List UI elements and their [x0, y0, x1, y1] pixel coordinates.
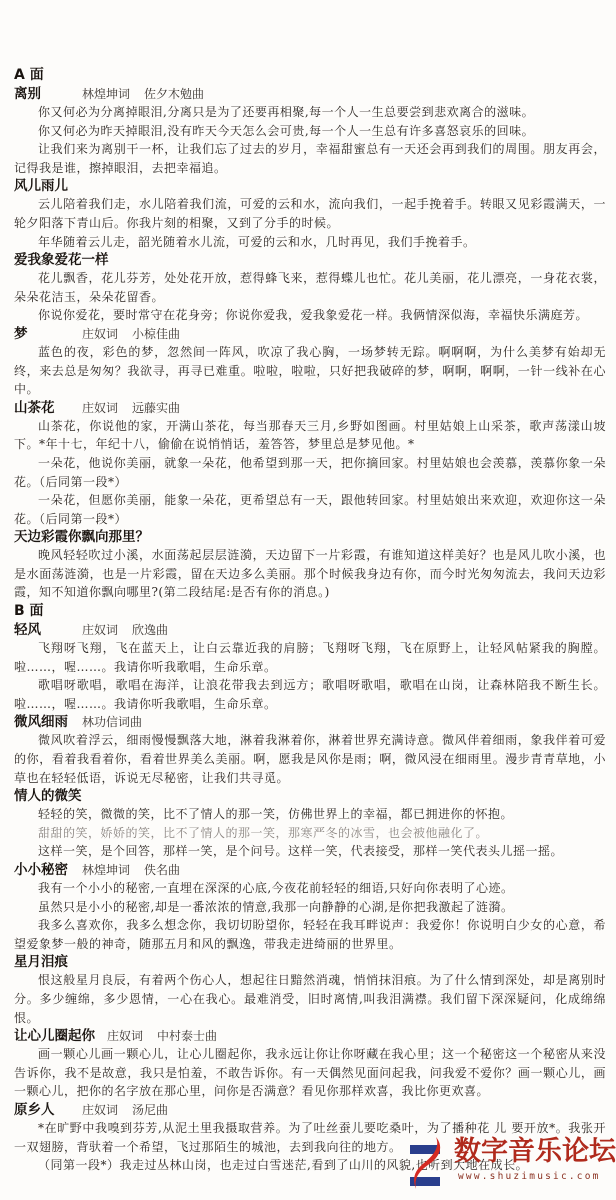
lyric-paragraph: 花儿飘香，花儿芬芳，处处花开放，惹得蜂飞来，惹得蝶儿也忙。花儿美丽，花儿漂亮，一…	[14, 269, 606, 306]
lyricist-credit: 庄奴词	[107, 1027, 143, 1045]
lyricist-credit: 林煌坤词	[82, 861, 130, 879]
lyric-paragraph: 蓝色的夜，彩色的梦，忽然间一阵风，吹凉了我心胸，一场梦转无踪。啊啊啊，为什么美梦…	[14, 343, 606, 399]
lyricist-credit: 庄奴词	[82, 399, 118, 417]
side-a-heading: A 面	[14, 66, 606, 84]
song-title: 轻风	[14, 621, 70, 639]
composer-credit: 佐夕木勉曲	[144, 85, 204, 103]
song-xing-yue-lei-hen: 星月泪痕 恨这般星月良辰，有着两个伤心人，想起往日黯然消魂，悄悄抹泪痕。为了什么…	[14, 953, 606, 1027]
composer-credit: 佚名曲	[144, 861, 180, 879]
lyric-paragraph: 歌唱呀歌唱，歌唱在海洋，让浪花带我去到远方；歌唱呀歌唱，歌唱在山岗，让森林陪我不…	[14, 676, 606, 713]
song-title: 原乡人	[14, 1101, 70, 1119]
song-title: 情人的微笑	[14, 787, 82, 805]
lyric-paragraph: 晚风轻轻吹过小溪，水面荡起层层涟漪，天边留下一片彩霞，有谁知道这样美好？也是风儿…	[14, 546, 606, 602]
song-shan-cha-hua: 山茶花庄奴词远藤实曲 山茶花，你说他的家，开满山茶花，每当那春天三月,乡野如图画…	[14, 399, 606, 529]
lyric-paragraph: 年华随着云儿走，韶光随着水儿流，可爱的云和水，几时再见，我们手挽着手。	[14, 233, 606, 252]
song-ai-wo-xiang-ai-hua: 爱我象爱花一样 花儿飘香，花儿芬芳，处处花开放，惹得蜂飞来，惹得蝶儿也忙。花儿美…	[14, 251, 606, 325]
song-qing-feng: 轻风庄奴词欣逸曲 飞翔呀飞翔，飞在蓝天上，让白云靠近我的肩膀；飞翔呀飞翔，飞在原…	[14, 621, 606, 713]
song-title: 天边彩霞你飘向那里？	[14, 528, 149, 546]
lyric-paragraph: 你又何必为昨天掉眼泪,没有昨天今天怎么会可贵,每一个人一生总有许多喜怒哀乐的回味…	[14, 122, 606, 141]
song-libie: 离别林煌坤词佐夕木勉曲 你又何必为分离掉眼泪,分离只是为了还要再相聚,每一个人一…	[14, 85, 606, 177]
composer-credit: 汤尼曲	[132, 1101, 168, 1119]
lyric-paragraph: 一朵花，他说你美丽，就象一朵花，他希望到那一天，把你摘回家。村里姑娘也会羡慕，羡…	[14, 454, 606, 491]
song-title: 爱我象爱花一样	[14, 251, 109, 269]
lyric-paragraph: 微风吹着浮云，细雨慢慢飘落大地，淋着我淋着你，淋着世界充满诗意。微风伴着细雨，象…	[14, 731, 606, 787]
song-feng-er-yu-er: 风儿雨儿 云儿陪着我们走，水儿陪着我们流，可爱的云和水，流向我们，一起手挽着手。…	[14, 177, 606, 251]
lyricist-credit: 庄奴词	[82, 1101, 118, 1119]
lyric-paragraph: 我有一个小小的秘密,一直埋在深深的心底,今夜花前轻轻的细语,只好向你表明了心迹。	[14, 879, 606, 898]
lyricist-credit: 庄奴词	[82, 621, 118, 639]
composer-credit: 小椋佳曲	[132, 325, 180, 343]
lyric-paragraph: 甜甜的笑，娇娇的笑，比不了情人的那一笑，那寒严冬的冰雪，也会被他融化了。	[14, 824, 606, 843]
lyric-paragraph: 虽然只是小小的秘密,却是一番浓浓的情意,我那一向静静的心湖,是你把我激起了涟漪。	[14, 898, 606, 917]
song-title: 梦	[14, 325, 70, 343]
song-rang-xin-er-quan-qi-ni: 让心儿圈起你庄奴词中村泰士曲 画一颗心儿画一颗心儿，让心儿圈起你，我永远让你让你…	[14, 1027, 606, 1101]
lyric-paragraph: 一朵花，但愿你美丽，能象一朵花，更希望总有一天，跟他转回家。村里姑娘出来欢迎，欢…	[14, 491, 606, 528]
lyric-paragraph: 山茶花，你说他的家，开满山茶花，每当那春天三月,乡野如图画。村里姑娘上山采茶，歌…	[14, 417, 606, 454]
composer-credit: 中村泰士曲	[157, 1027, 217, 1045]
lyricist-composer-credit: 林功信词曲	[82, 713, 142, 731]
lyric-paragraph: 恨这般星月良辰，有着两个伤心人，想起往日黯然消魂，悄悄抹泪痕。为了什么情到深处，…	[14, 971, 606, 1027]
song-title: 让心儿圈起你	[14, 1027, 95, 1045]
lyrics-sheet: A 面 离别林煌坤词佐夕木勉曲 你又何必为分离掉眼泪,分离只是为了还要再相聚,每…	[14, 66, 606, 1175]
song-tian-bian-cai-xia: 天边彩霞你飘向那里？ 晚风轻轻吹过小溪，水面荡起层层涟漪，天边留下一片彩霞，有谁…	[14, 528, 606, 602]
lyric-paragraph: 这样一笑，是个回答，那样一笑，是个问号。这样一笑，代表接受，那样一笑代表头儿摇一…	[14, 842, 606, 861]
watermark-name: 数字音乐论坛	[454, 1135, 616, 1169]
song-title: 星月泪痕	[14, 953, 70, 971]
side-b-heading: B 面	[14, 602, 606, 620]
composer-credit: 远藤实曲	[132, 399, 180, 417]
song-qing-ren-de-wei-xiao: 情人的微笑 轻轻的笑，微微的笑，比不了情人的那一笑，仿佛世界上的幸福，都已拥进你…	[14, 787, 606, 861]
lyric-paragraph: 我多么喜欢你，我多么想念你，我切切盼望你，轻轻在我耳畔说声：我爱你！你说明白少女…	[14, 916, 606, 953]
song-wei-feng-xi-yu: 微风细雨林功信词曲 微风吹着浮云，细雨慢慢飘落大地，淋着我淋着你，淋着世界充满诗…	[14, 713, 606, 787]
lyric-paragraph: 画一颗心儿画一颗心儿，让心儿圈起你，我永远让你让你呀藏在我心里；这一个秘密这一个…	[14, 1045, 606, 1101]
lyric-paragraph: 云儿陪着我们走，水儿陪着我们流，可爱的云和水，流向我们，一起手挽着手。转眼又见彩…	[14, 195, 606, 232]
lyric-paragraph: 你又何必为分离掉眼泪,分离只是为了还要再相聚,每一个人一生总要尝到悲欢离合的滋味…	[14, 103, 606, 122]
lyricist-credit: 庄奴词	[82, 325, 118, 343]
lyric-paragraph: 飞翔呀飞翔，飞在蓝天上，让白云靠近我的肩膀；飞翔呀飞翔，飞在原野上，让轻风帖紧我…	[14, 639, 606, 676]
song-title: 离别	[14, 85, 70, 103]
song-title: 风儿雨儿	[14, 177, 70, 195]
song-title: 山茶花	[14, 399, 70, 417]
composer-credit: 欣逸曲	[132, 621, 168, 639]
z-logo-icon	[410, 1135, 450, 1191]
lyric-paragraph: 你说你爱花，要时常守在花身旁；你说你爱我，爱我象爱花一样。我俩情深似海，幸福快乐…	[14, 306, 606, 325]
lyricist-credit: 林煌坤词	[82, 85, 130, 103]
song-meng: 梦庄奴词小椋佳曲 蓝色的夜，彩色的梦，忽然间一阵风，吹凉了我心胸，一场梦转无踪。…	[14, 325, 606, 399]
lyric-paragraph: 让我们来为离别干一杯，让我们忘了过去的岁月，幸福甜蜜总有一天还会再到我们的周围。…	[14, 140, 606, 177]
watermark-logo: 数字音乐论坛 www.shuzimusic.com	[410, 1133, 610, 1193]
song-xiao-xiao-mi-mi: 小小秘密林煌坤词佚名曲 我有一个小小的秘密,一直埋在深深的心底,今夜花前轻轻的细…	[14, 861, 606, 953]
lyric-paragraph: 轻轻的笑，微微的笑，比不了情人的那一笑，仿佛世界上的幸福，都已拥进你的怀抱。	[14, 805, 606, 824]
song-title: 微风细雨	[14, 713, 70, 731]
song-title: 小小秘密	[14, 861, 70, 879]
watermark-url: www.shuzimusic.com	[458, 1171, 601, 1182]
